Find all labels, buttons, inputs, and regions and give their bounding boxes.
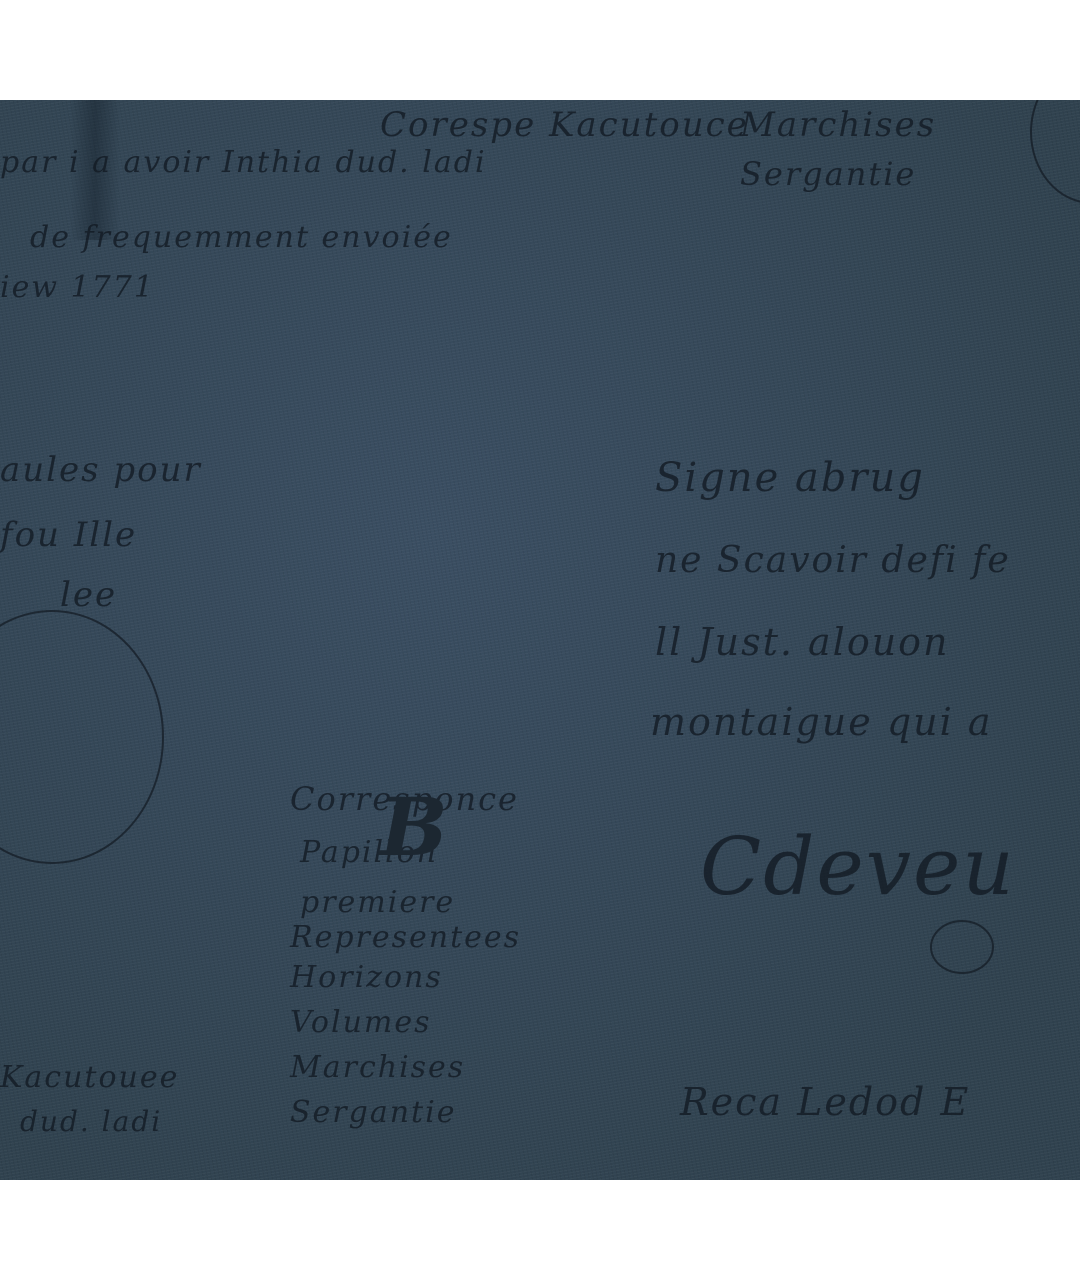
globe-illustration: [0, 610, 164, 864]
script-line: premiere: [300, 885, 455, 920]
flourish-circle: [1030, 100, 1080, 204]
script-line: aules pour: [0, 450, 202, 490]
script-line: ll Just. alouon: [655, 620, 950, 664]
script-line: Corespe Kacutouce: [380, 105, 749, 145]
script-line: Kacutouee: [0, 1060, 179, 1095]
script-line: Sergantie: [740, 155, 916, 193]
script-line: Reca Ledod E: [680, 1080, 970, 1124]
script-line: fou Ille: [0, 515, 137, 555]
fabric-photo: Corespe KacutouceMarchisespar i a avoir …: [0, 100, 1080, 1180]
script-line: Horizons: [290, 960, 443, 995]
script-line: Cdeveu: [700, 820, 1016, 913]
script-line: iew 1771: [0, 270, 155, 305]
embroidered-monogram: B: [380, 780, 448, 874]
script-line: par i a avoir Inthia dud. ladi: [0, 145, 487, 180]
script-line: ne Scavoir defi fe: [655, 540, 1011, 581]
script-line: lee: [60, 575, 117, 615]
script-line: Signe abrug: [655, 455, 925, 501]
script-line: Volumes: [290, 1005, 432, 1040]
script-line: dud. ladi: [20, 1105, 162, 1138]
script-line: Representees: [290, 920, 521, 955]
script-line: Sergantie: [290, 1095, 456, 1130]
script-line: Marchises: [290, 1050, 465, 1085]
script-line: montaigue qui a: [650, 700, 993, 744]
script-line: de frequemment envoiée: [30, 220, 453, 255]
flourish-swirl: [930, 920, 994, 974]
script-line: Marchises: [740, 105, 936, 145]
